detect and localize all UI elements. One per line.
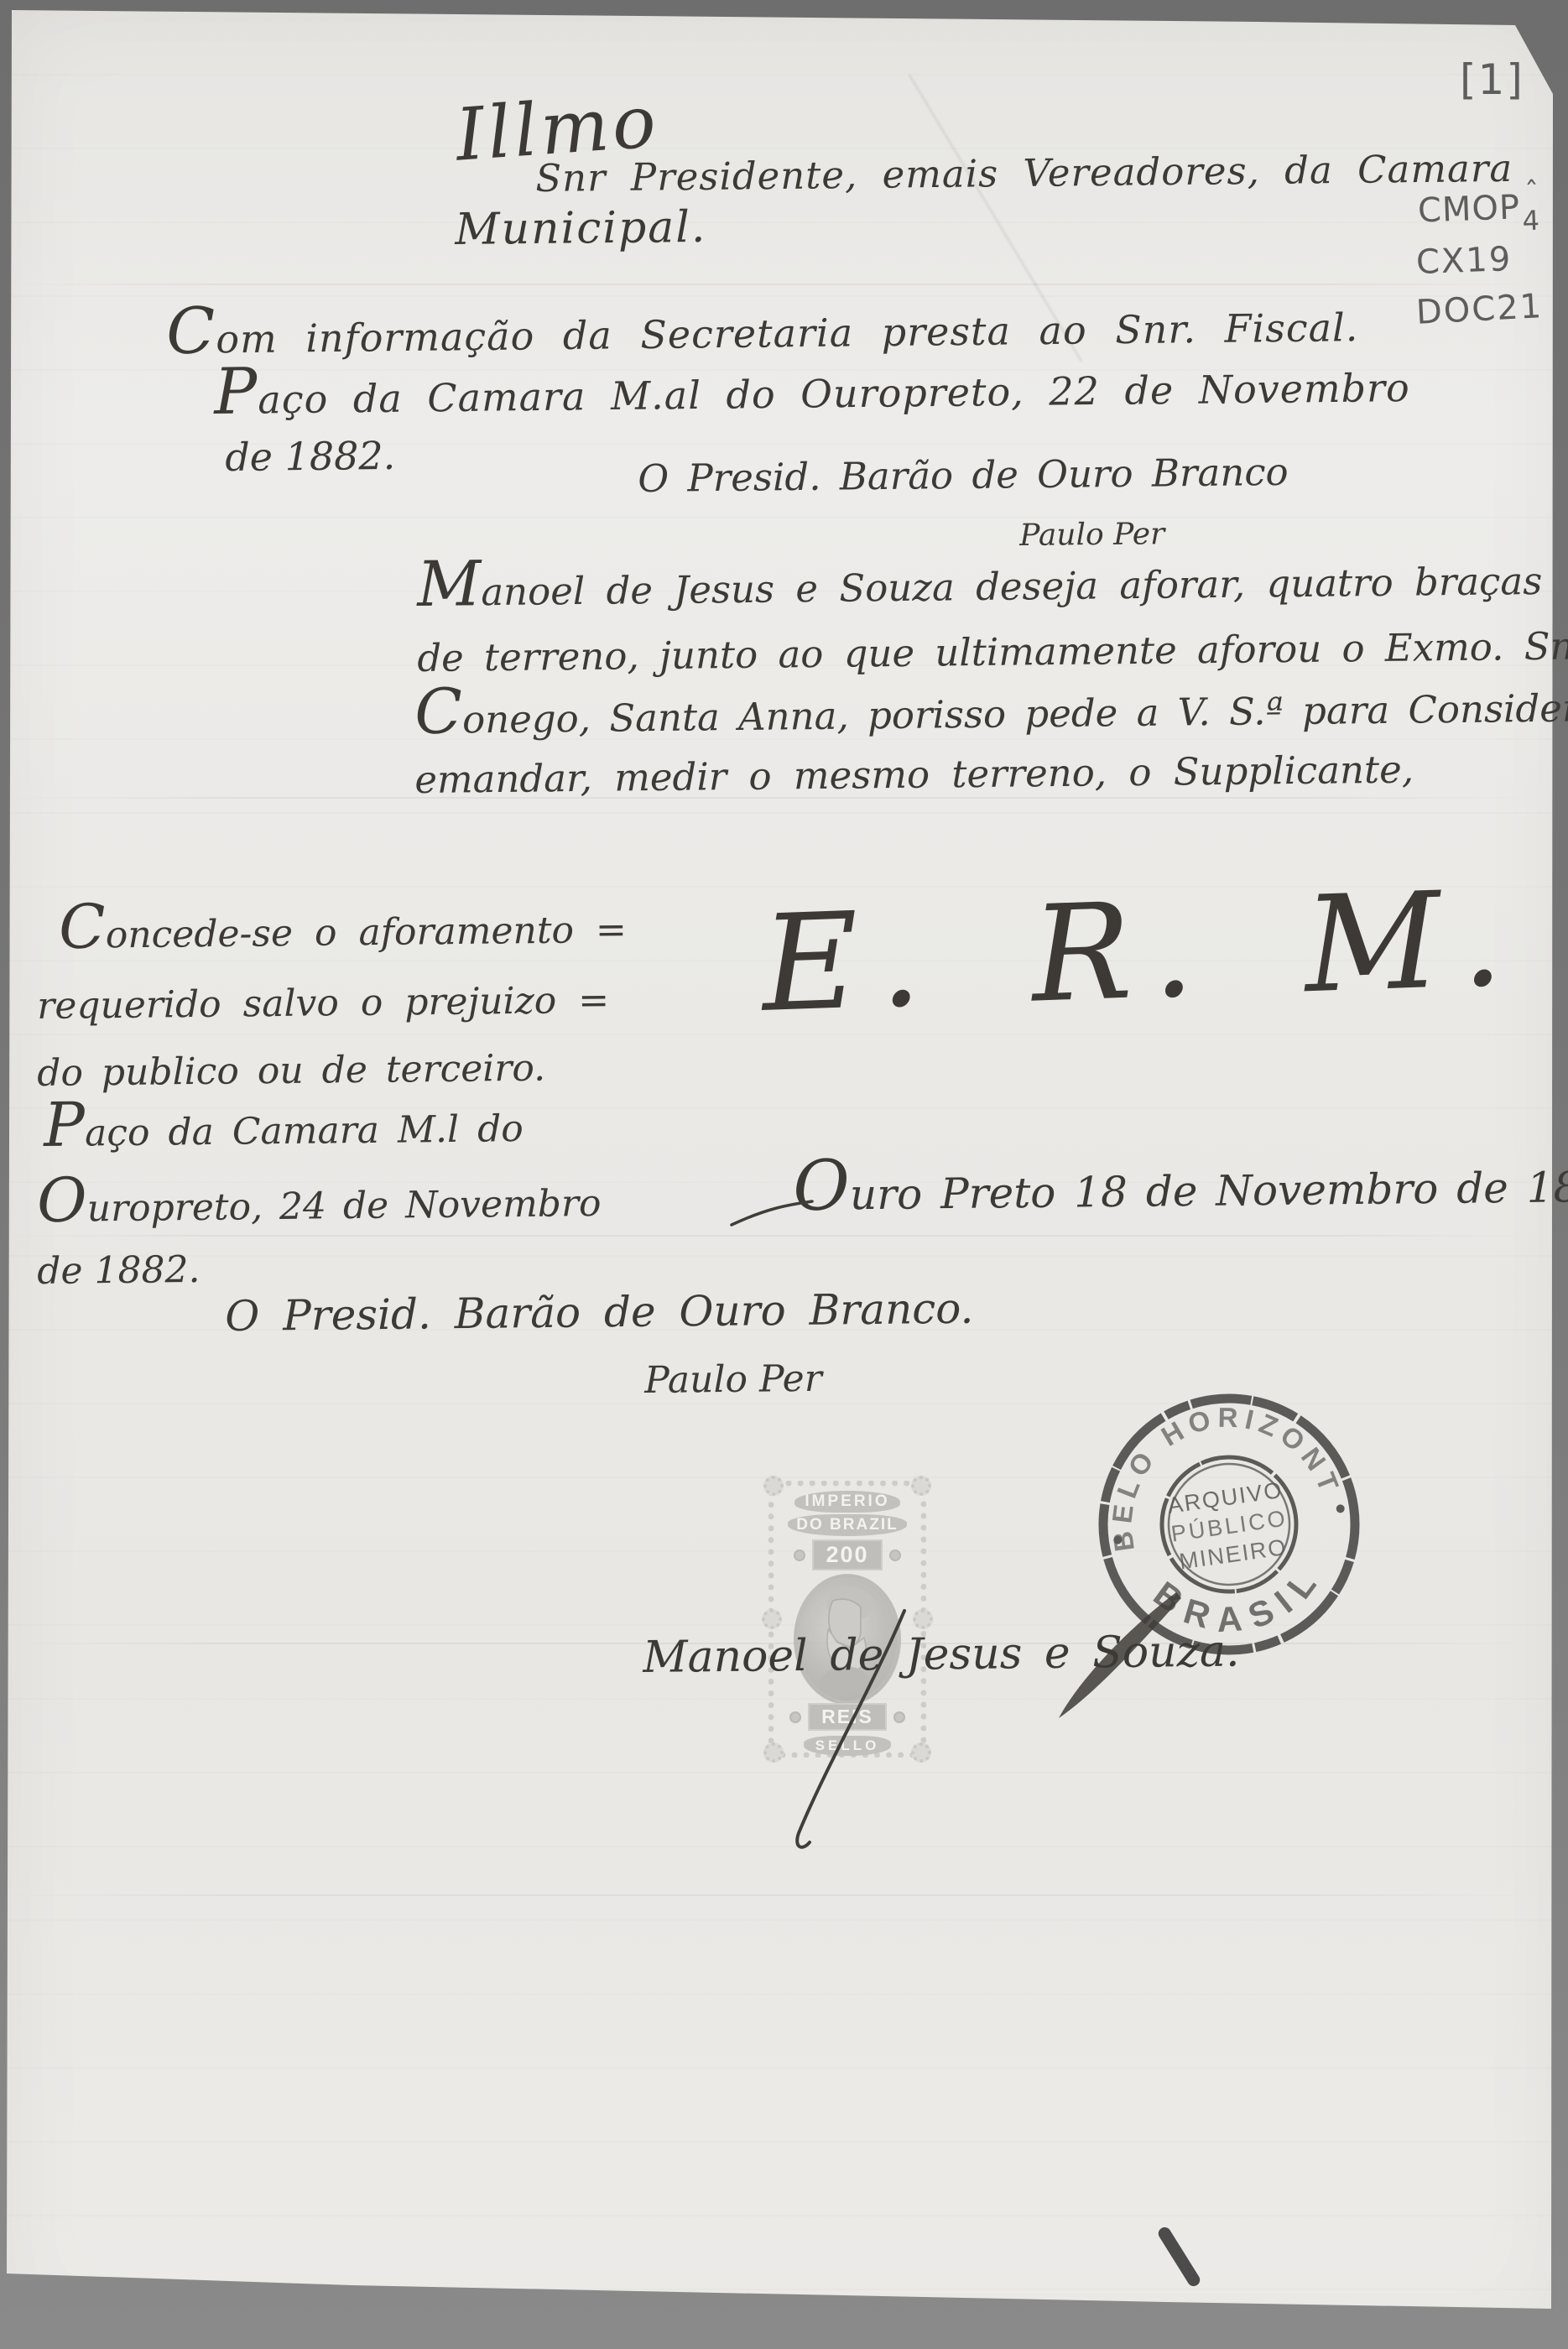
stamp-label: SELLO — [804, 1736, 892, 1756]
decision-line: Paço da Camara M.l do — [44, 1107, 524, 1155]
stamp-country-banner: IMPERIO — [794, 1491, 899, 1513]
collection-code-mark: CMOP4ˆ — [1417, 187, 1540, 230]
crease-line — [0, 1235, 1544, 1237]
stamp-dot — [889, 1550, 901, 1561]
stamp-rosette — [911, 1476, 931, 1496]
document-code-mark: DOC21 — [1415, 287, 1544, 332]
collection-code-superscript: 4ˆ — [1522, 204, 1541, 237]
caret-mark: ˆ — [1524, 175, 1540, 210]
revenue-stamp: IMPERIO DO BRAZIL 200 REIS SELLO — [767, 1479, 928, 1759]
despatch-line: de 1882. — [225, 433, 396, 480]
president-signature: O Presid. Barão de Ouro Branco. — [225, 1284, 974, 1341]
petition-closing-erm: E. R. M. — [759, 861, 1525, 1042]
petitioner-signature: Manoel de Jesus e Souza. — [643, 1627, 1240, 1683]
stamp-currency: REIS — [808, 1703, 887, 1731]
crease-line — [0, 284, 1544, 285]
petition-place-date: Ouro Preto 18 de Novembro de 1882. — [793, 1162, 1568, 1220]
stamp-country-banner: DO BRAZIL — [788, 1514, 906, 1536]
collection-code: CMOP — [1417, 188, 1521, 230]
crease-line — [0, 1894, 1544, 1896]
decision-line: Concede-se o aforamento = — [59, 909, 627, 957]
stamp-rosette — [762, 1609, 782, 1629]
stamp-rosette — [763, 1476, 784, 1496]
page-number-mark: [1] — [1460, 55, 1524, 104]
president-signature: O Presid. Barão de Ouro Branco — [638, 450, 1289, 501]
heading-line: Municipal. — [455, 202, 707, 255]
decision-line: requerido salvo o prejuizo = — [37, 979, 609, 1028]
stamp-dot — [893, 1711, 905, 1723]
stamp-rosette — [763, 1742, 784, 1763]
secretary-signature: Paulo Per — [644, 1357, 822, 1402]
decision-line: de 1882. — [37, 1248, 201, 1293]
decision-line: do publico ou de terceiro. — [37, 1047, 545, 1095]
stamp-value: 200 — [812, 1539, 882, 1570]
stamp-dot — [794, 1550, 805, 1561]
stamp-dot — [789, 1711, 801, 1723]
stamp-rosette — [913, 1609, 933, 1629]
archive-stamp-dot — [1336, 1504, 1345, 1513]
box-code-mark: CX19 — [1415, 240, 1513, 282]
stamp-rosette — [911, 1742, 931, 1763]
document-scan: Illmo Snr Presidente, emais Vereadores, … — [0, 0, 1568, 2349]
decision-line: Ouropreto, 24 de Novembro — [37, 1182, 602, 1231]
secretary-signature: Paulo Per — [1019, 517, 1164, 553]
